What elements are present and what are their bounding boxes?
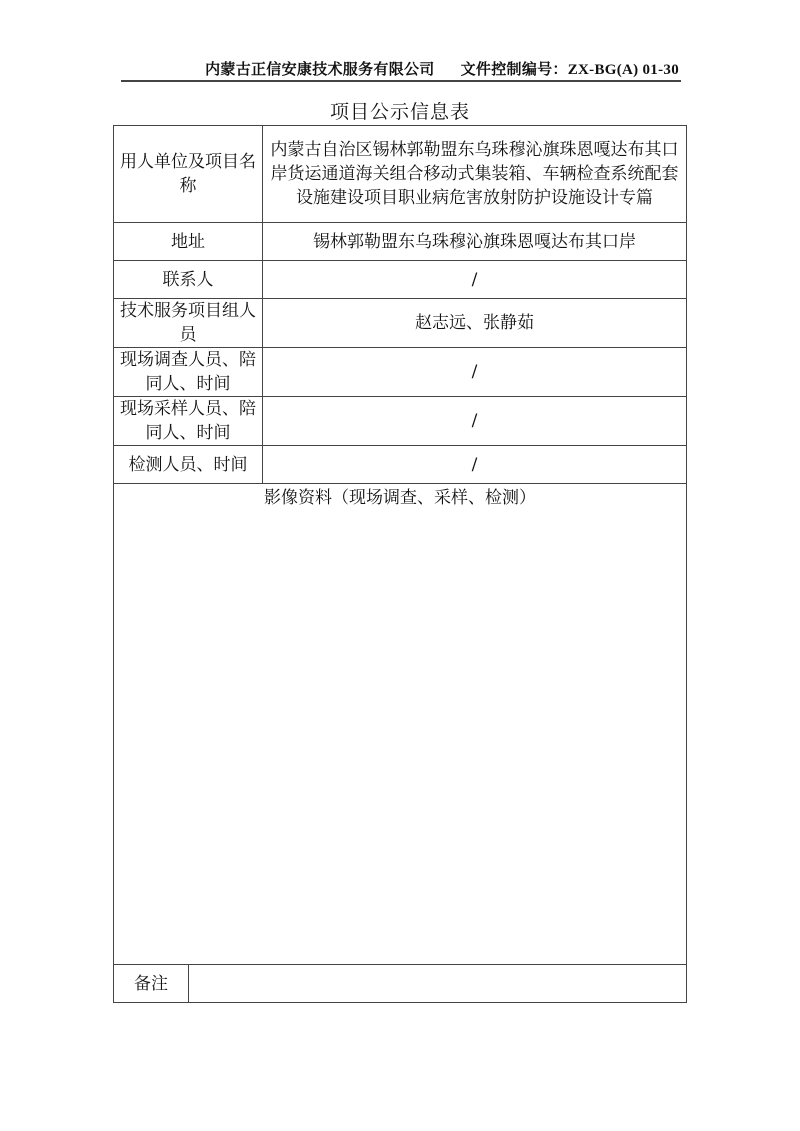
- note-label: 备注: [114, 965, 189, 1003]
- note-value: [189, 965, 687, 1003]
- row-value: /: [263, 446, 687, 484]
- media-section: 影像资料（现场调查、采样、检测）: [114, 484, 687, 965]
- note-row: 备注: [114, 965, 687, 1003]
- table-row: 联系人 /: [114, 261, 687, 299]
- table-row: 现场调查人员、陪同人、时间 /: [114, 348, 687, 397]
- media-heading: 影像资料（现场调查、采样、检测）: [114, 484, 687, 965]
- row-value: 锡林郭勒盟东乌珠穆沁旗珠恩嘎达布其口岸: [263, 223, 687, 261]
- row-value: /: [263, 397, 687, 446]
- table-row: 检测人员、时间 /: [114, 446, 687, 484]
- table-row: 地址 锡林郭勒盟东乌珠穆沁旗珠恩嘎达布其口岸: [114, 223, 687, 261]
- row-label: 用人单位及项目名称: [114, 126, 263, 223]
- row-label: 联系人: [114, 261, 263, 299]
- row-value: 内蒙古自治区锡林郭勒盟东乌珠穆沁旗珠恩嘎达布其口岸货运通道海关组合移动式集装箱、…: [263, 126, 687, 223]
- row-label: 技术服务项目组人员: [114, 299, 263, 348]
- row-label: 地址: [114, 223, 263, 261]
- row-value: /: [263, 348, 687, 397]
- page-header: 内蒙古正信安康技术服务有限公司文件控制编号：ZX-BG(A) 01-30: [121, 56, 681, 82]
- table-row: 现场采样人员、陪同人、时间 /: [114, 397, 687, 446]
- row-value: 赵志远、张静茹: [263, 299, 687, 348]
- row-label: 现场调查人员、陪同人、时间: [114, 348, 263, 397]
- table-row: 用人单位及项目名称 内蒙古自治区锡林郭勒盟东乌珠穆沁旗珠恩嘎达布其口岸货运通道海…: [114, 126, 687, 223]
- row-label: 现场采样人员、陪同人、时间: [114, 397, 263, 446]
- row-value: /: [263, 261, 687, 299]
- company-name: 内蒙古正信安康技术服务有限公司: [205, 62, 435, 78]
- row-label: 检测人员、时间: [114, 446, 263, 484]
- page-title: 项目公示信息表: [0, 97, 800, 124]
- table-row: 技术服务项目组人员 赵志远、张静茹: [114, 299, 687, 348]
- project-info-table: 用人单位及项目名称 内蒙古自治区锡林郭勒盟东乌珠穆沁旗珠恩嘎达布其口岸货运通道海…: [113, 125, 687, 1003]
- doc-control-number: 文件控制编号：ZX-BG(A) 01-30: [461, 62, 679, 78]
